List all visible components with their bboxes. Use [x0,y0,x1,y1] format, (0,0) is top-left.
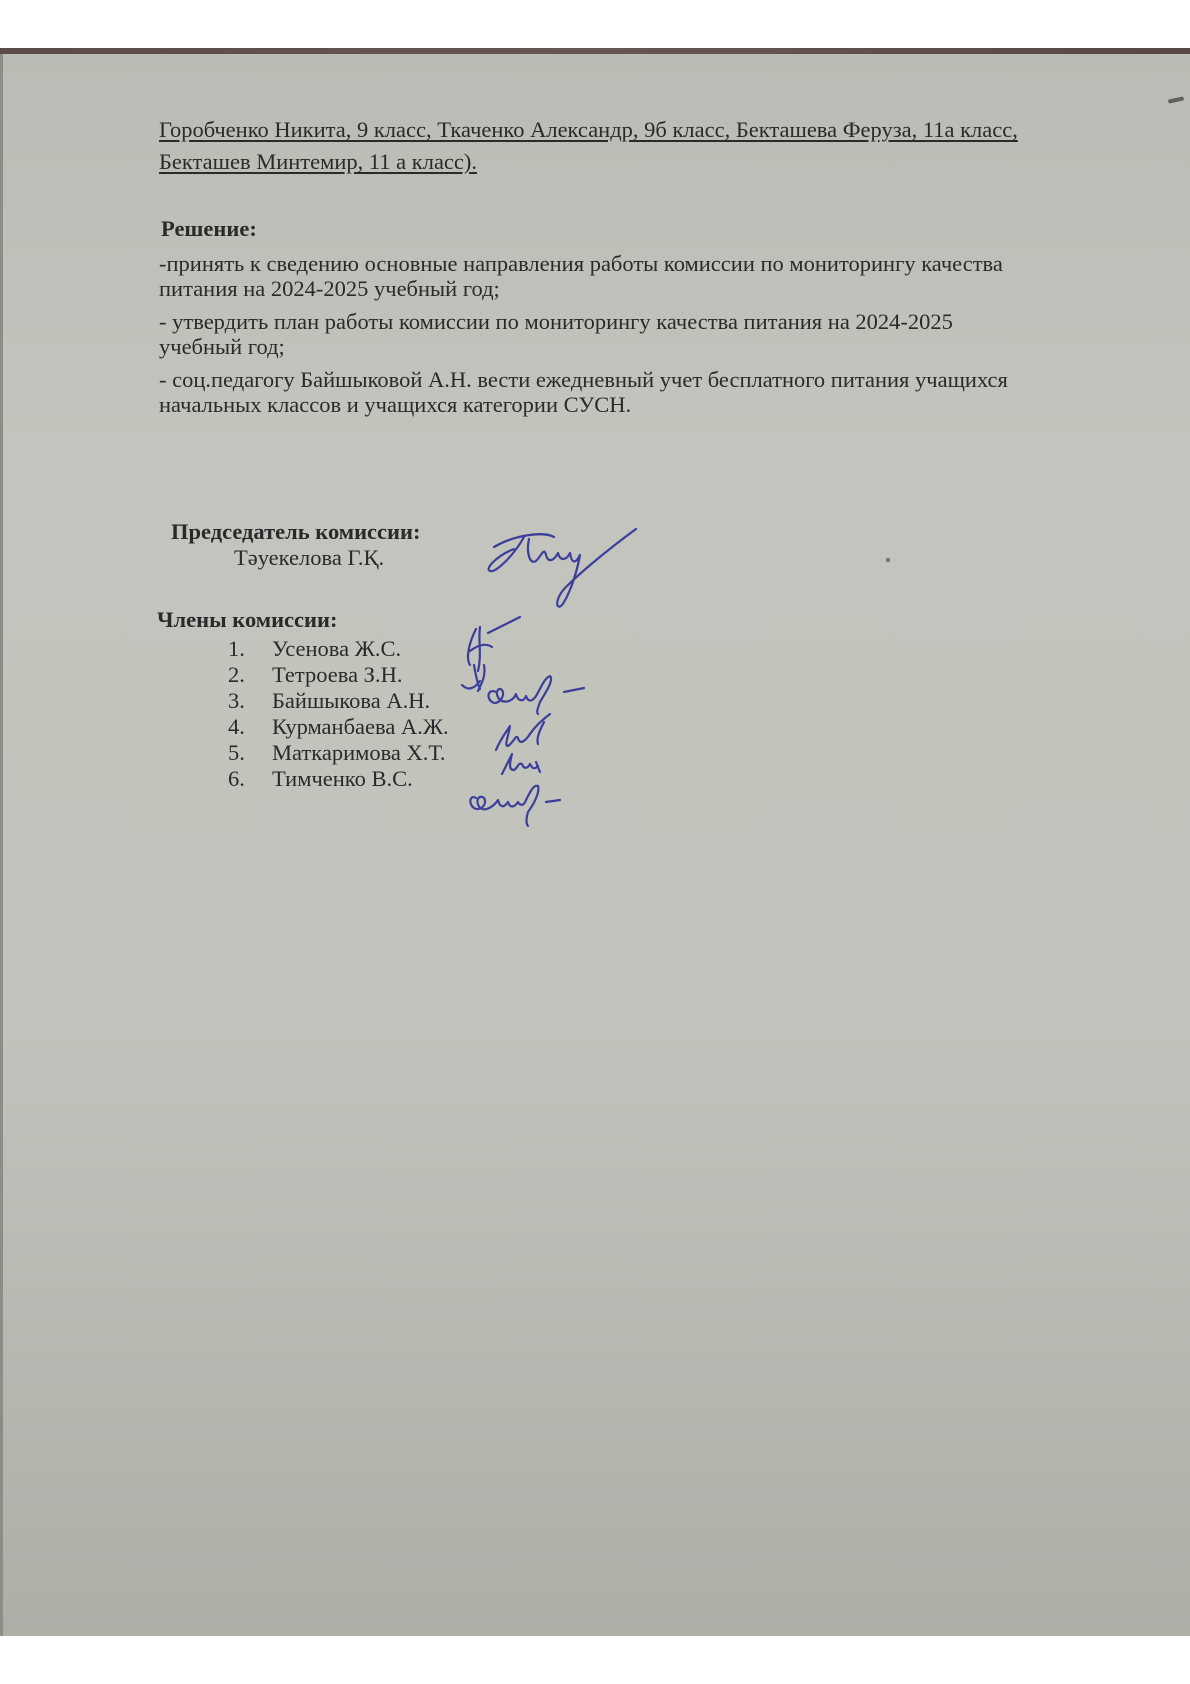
member-name: Тетроева З.Н. [272,662,402,688]
member-signature-5-icon [496,748,546,778]
member-row: 3.Байшыкова А.Н. [228,688,449,714]
member-name: Маткаримова Х.Т. [272,740,446,766]
member-row: 2.Тетроева З.Н. [228,662,449,688]
decision-line-1: -принять к сведению основные направления… [159,251,1003,277]
member-row: 6.Тимченко В.С. [228,766,449,792]
member-name: Байшыкова А.Н. [272,688,430,714]
decision-line-4: учебный год; [159,334,285,360]
edge-mark [1168,96,1184,103]
member-row: 4.Курманбаева А.Ж. [228,714,449,740]
decision-heading: Решение: [161,216,257,242]
decision-line-2: питания на 2024-2025 учебный год; [159,276,500,302]
intro-line-1: Горобченко Никита, 9 класс, Ткаченко Але… [159,117,1018,143]
member-name: Курманбаева А.Ж. [272,714,449,740]
member-row: 1.Усенова Ж.С. [228,636,449,662]
member-name: Тимченко В.С. [272,766,413,792]
chair-label: Председатель комиссии: [171,519,420,545]
decision-line-6: начальных классов и учащихся категории С… [159,392,631,418]
members-list: 1.Усенова Ж.С. 2.Тетроева З.Н. 3.Байшыко… [228,636,449,792]
chair-signature-icon [484,525,644,615]
member-signature-6-icon [464,780,574,828]
decision-line-5: - соц.педагогу Байшыковой А.Н. вести еже… [159,367,1008,393]
decision-line-3: - утвердить план работы комиссии по мони… [159,309,953,335]
member-row: 5.Маткаримова Х.Т. [228,740,449,766]
members-label: Члены комиссии: [157,607,337,633]
member-name: Усенова Ж.С. [272,636,401,662]
paper-speck [886,558,890,562]
chair-name: Тәуекелова Г.Қ. [234,545,384,571]
intro-line-2: Бекташев Минтемир, 11 а класс). [159,149,477,175]
